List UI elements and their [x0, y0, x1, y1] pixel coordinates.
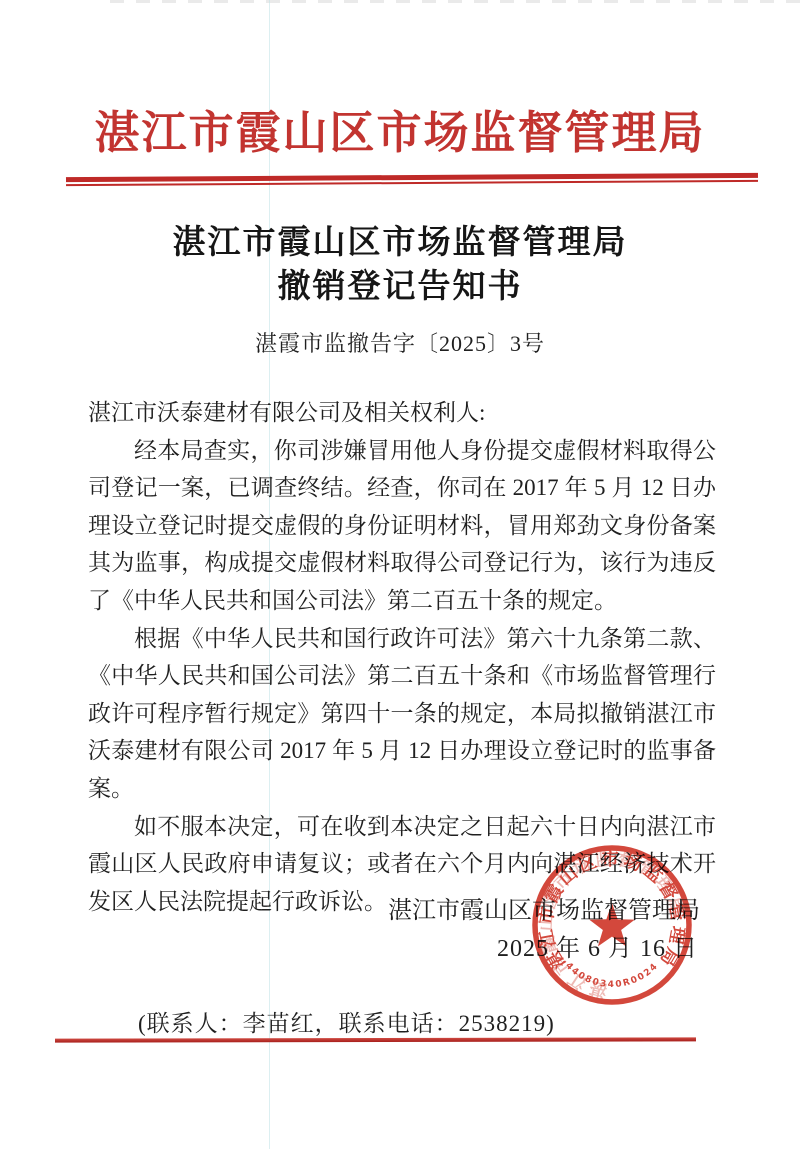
letterhead-title: 湛江市霞山区市场监督管理局	[0, 96, 800, 161]
closing-agency-name: 湛江市霞山区市场监督管理局	[388, 892, 700, 930]
letterhead-rule	[66, 173, 758, 186]
closing-date: 2025 年 6 月 16 日	[388, 930, 700, 968]
document-page: 湛江市霞山区市场监督管理局 湛江市霞山区市场监督管理局 撤销登记告知书 湛霞市监…	[0, 0, 800, 1149]
contact-line: (联系人：李苗红，联系电话：2538219)	[138, 1005, 555, 1038]
paragraph-1: 经本局查实，你司涉嫌冒用他人身份提交虚假材料取得公司登记一案，已调查终结。经查，…	[88, 432, 716, 620]
document-title: 湛江市霞山区市场监督管理局 撤销登记告知书	[0, 221, 800, 309]
footer-rule	[55, 1037, 696, 1042]
document-title-line2: 撤销登记告知书	[0, 265, 800, 309]
document-body: 湛江市沃泰建材有限公司及相关权利人: 经本局查实，你司涉嫌冒用他人身份提交虚假材…	[88, 394, 716, 920]
salutation: 湛江市沃泰建材有限公司及相关权利人:	[88, 394, 716, 432]
document-number: 湛霞市监撤告字〔2025〕3号	[0, 327, 800, 358]
paragraph-2: 根据《中华人民共和国行政许可法》第六十九条第二款、《中华人民共和国公司法》第二百…	[88, 620, 716, 808]
closing-block: 湛江市霞山区市场监督管理局 2025 年 6 月 16 日	[388, 892, 700, 968]
scan-artifact-top	[110, 0, 800, 3]
document-title-line1: 湛江市霞山区市场监督管理局	[0, 221, 800, 265]
